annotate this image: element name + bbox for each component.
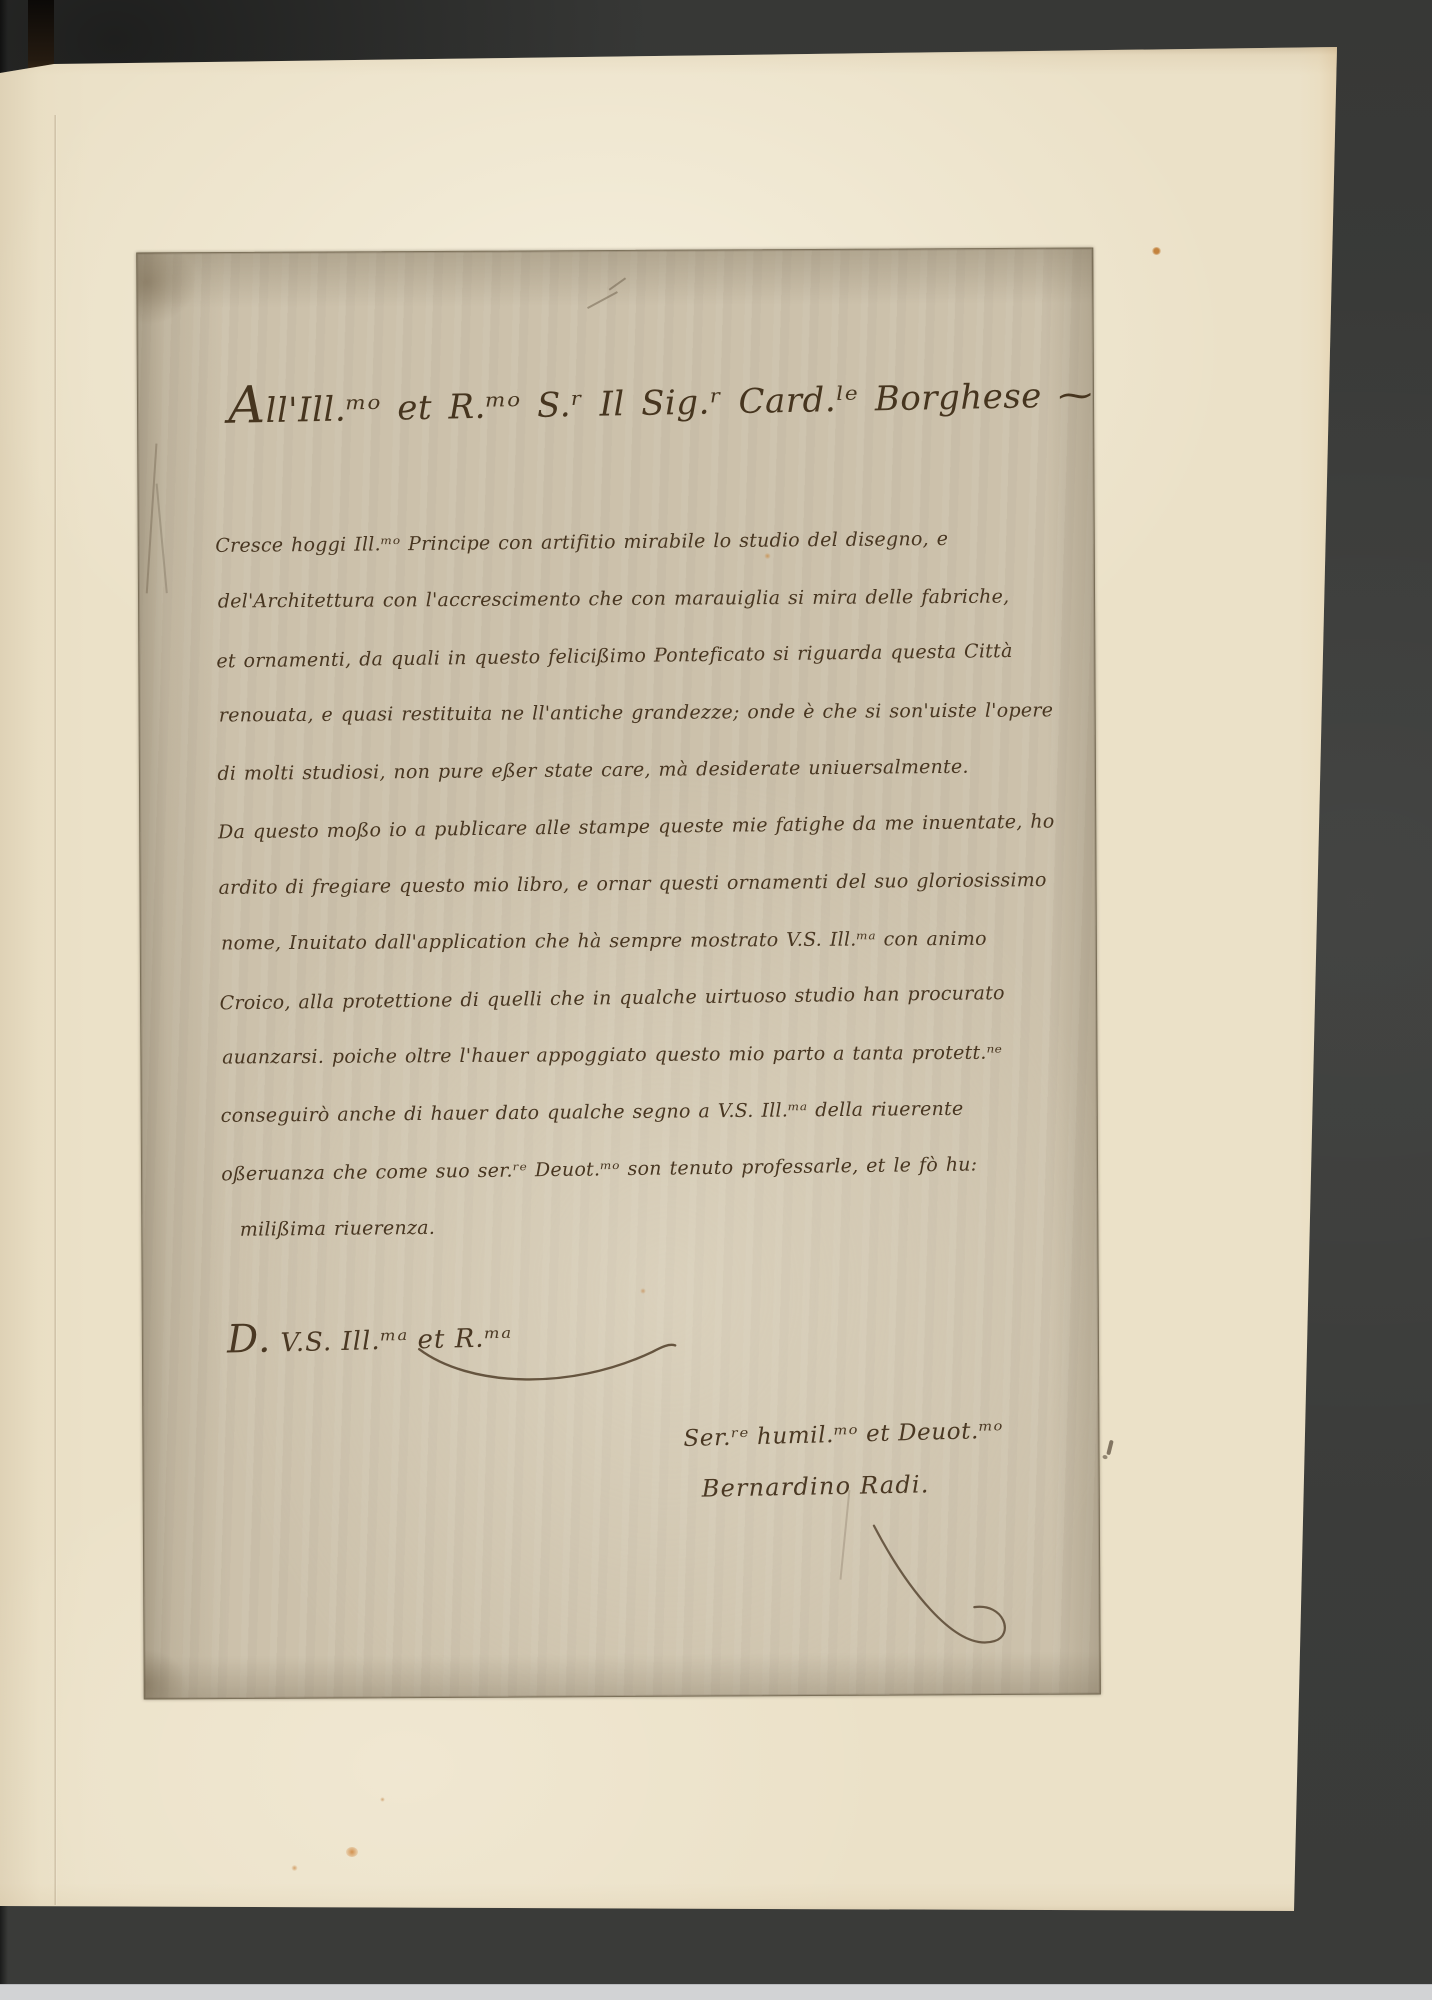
foxing-spot [640,1288,646,1294]
signature-name: Bernardino Radi. [701,1469,1003,1503]
text-line: nome, Inuitato dall'application che hà s… [221,909,1058,971]
dedication-body: Cresce hoggi Ill.ᵐᵒ Principe con artifit… [215,509,1059,1258]
flourish-swash [417,1337,688,1398]
foxing-spot [380,1797,385,1802]
text-line: milißima riuerenza. [240,1193,1059,1258]
text-line: auanzarsi. poiche oltre l'hauer appoggia… [222,1023,1059,1085]
bottom-scrollbar-track[interactable] [0,1984,1432,2000]
foxing-spot [764,553,771,559]
plate-edge-streak [146,444,158,594]
plate-scratch-mark [587,291,618,309]
signature-salutation: Ser.ʳᵉ humil.ᵐᵒ et Deuot.ᵐᵒ [683,1418,1003,1452]
dedication-title: All'Ill.ᵐᵒ et R.ᵐᵒ S.ʳ Il Sig.ʳ Card.ˡᵉ … [227,361,1048,436]
scanned-book-view: All'Ill.ᵐᵒ et R.ᵐᵒ S.ʳ Il Sig.ʳ Card.ˡᵉ … [0,0,1432,2000]
foxing-spot [346,1847,358,1857]
plate-scratch-mark [609,277,626,290]
valediction: D. V.S. Ill.ᵐᵃ et R.ᵐᵃ [226,1311,512,1362]
text-line: Da questo moßo io a publicare alle stamp… [218,792,1055,860]
text-line: Cresce hoggi Ill.ᵐᵒ Principe con artifit… [215,509,1052,574]
signature-block: Ser.ʳᵉ humil.ᵐᵒ et Deuot.ᵐᵒ Bernardino R… [683,1421,1003,1501]
text-line: ardito di fregiare questo mio libro, e o… [218,851,1055,916]
margin-ink-mark [1106,1440,1114,1456]
text-line: Croico, alla protettione di quelli che i… [219,963,1056,1031]
foxing-spot [291,1865,298,1871]
text-line: oßeruanza che come suo ser.ʳᵉ Deuot.ᵐᵒ s… [221,1134,1058,1202]
book-page: All'Ill.ᵐᵒ et R.ᵐᵒ S.ʳ Il Sig.ʳ Card.ˡᵉ … [0,45,1345,1917]
text-line: et ornamenti, da quali in questo feliciß… [216,621,1053,689]
text-line: renouata, e quasi restituita ne ll'antic… [219,681,1056,743]
text-line: del'Architettura con l'accrescimento che… [218,567,1055,629]
text-line: di molti studiosi, non pure eßer state c… [217,737,1054,802]
text-line: conseguirò anche di hauer dato qualche s… [220,1079,1057,1144]
binding-strip [28,0,54,74]
signature-flourish [834,1523,1035,1674]
plate-edge-streak [156,484,168,594]
foxing-spot [1152,247,1161,255]
gutter-crease [54,115,57,1905]
etched-plate: All'Ill.ᵐᵒ et R.ᵐᵒ S.ʳ Il Sig.ʳ Card.ˡᵉ … [136,248,1101,1700]
